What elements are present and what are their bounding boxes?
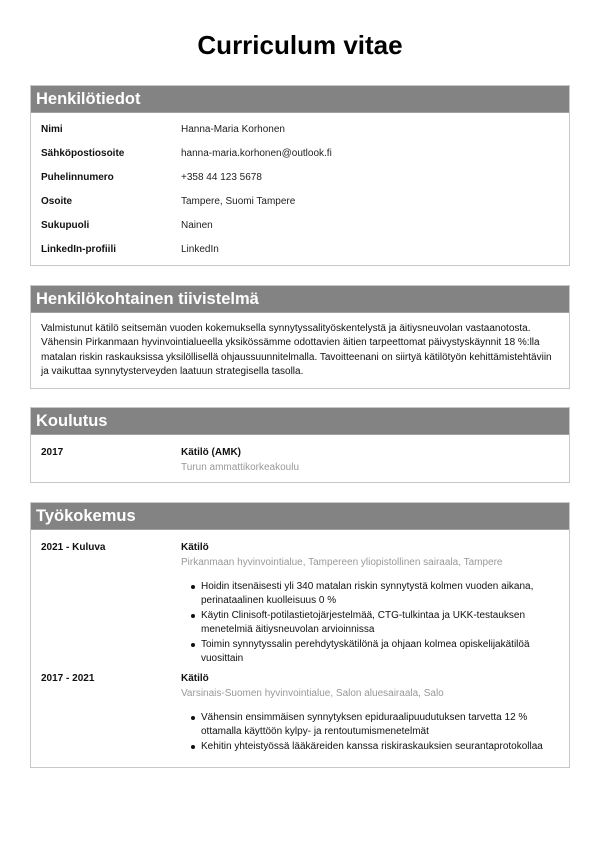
section-heading: Henkilötiedot — [31, 86, 569, 113]
experience-entry: 2017 - 2021 Kätilö Varsinais-Suomen hyvi… — [31, 667, 569, 755]
info-value: Hanna-Maria Korhonen — [181, 124, 285, 135]
entry-title: Kätilö — [181, 542, 561, 553]
entry-date: 2017 - 2021 — [31, 673, 181, 755]
info-label: LinkedIn-profiili — [31, 244, 181, 255]
entry-title: Kätilö (AMK) — [181, 447, 561, 458]
entry-subtitle: Pirkanmaan hyvinvointialue, Tampereen yl… — [181, 557, 561, 568]
info-label: Puhelinnumero — [31, 172, 181, 183]
entry-title: Kätilö — [181, 673, 561, 684]
achievement-item: Käytin Clinisoft-potilastietojärjestelmä… — [191, 609, 561, 637]
section-heading: Henkilökohtainen tiivistelmä — [31, 286, 569, 313]
info-label: Nimi — [31, 124, 181, 135]
document-title: Curriculum vitae — [0, 30, 600, 61]
info-label: Osoite — [31, 196, 181, 207]
education-section: Koulutus 2017 Kätilö (AMK) Turun ammatti… — [30, 407, 570, 483]
info-value: Tampere, Suomi Tampere — [181, 196, 295, 207]
achievement-item: Hoidin itsenäisesti yli 340 matalan risk… — [191, 580, 561, 608]
achievement-item: Kehitin yhteistyössä lääkäreiden kanssa … — [191, 740, 561, 754]
personal-info-section: Henkilötiedot Nimi Hanna-Maria Korhonen … — [30, 85, 570, 266]
achievement-list: Hoidin itsenäisesti yli 340 matalan risk… — [181, 580, 561, 666]
info-value: +358 44 123 5678 — [181, 172, 262, 183]
entry-subtitle: Turun ammattikorkeakoulu — [181, 462, 561, 473]
email-link[interactable]: hanna-maria.korhonen@outlook.fi — [181, 148, 332, 159]
summary-text: Valmistunut kätilö seitsemän vuoden koke… — [31, 313, 569, 390]
info-label: Sähköpostiosoite — [31, 148, 181, 159]
experience-entry: 2021 - Kuluva Kätilö Pirkanmaan hyvinvoi… — [31, 530, 569, 667]
achievement-item: Vähensin ensimmäisen synnytyksen epidura… — [191, 711, 561, 739]
linkedin-link[interactable]: LinkedIn — [181, 244, 219, 255]
achievement-item: Toimin synnytyssalin perehdytyskätilönä … — [191, 638, 561, 666]
info-row-name: Nimi Hanna-Maria Korhonen — [31, 117, 569, 141]
section-heading: Työkokemus — [31, 503, 569, 530]
entry-date: 2021 - Kuluva — [31, 542, 181, 667]
info-row-phone: Puhelinnumero +358 44 123 5678 — [31, 165, 569, 189]
entry-date: 2017 — [31, 447, 181, 473]
info-row-email: Sähköpostiosoite hanna-maria.korhonen@ou… — [31, 141, 569, 165]
achievement-list: Vähensin ensimmäisen synnytyksen epidura… — [181, 711, 561, 754]
experience-section: Työkokemus 2021 - Kuluva Kätilö Pirkanma… — [30, 502, 570, 768]
info-label: Sukupuoli — [31, 220, 181, 231]
summary-section: Henkilökohtainen tiivistelmä Valmistunut… — [30, 285, 570, 389]
info-row-linkedin: LinkedIn-profiili LinkedIn — [31, 237, 569, 261]
education-entry: 2017 Kätilö (AMK) Turun ammattikorkeakou… — [31, 435, 569, 473]
entry-subtitle: Varsinais-Suomen hyvinvointialue, Salon … — [181, 688, 561, 699]
info-value: Nainen — [181, 220, 213, 231]
info-row-gender: Sukupuoli Nainen — [31, 213, 569, 237]
section-heading: Koulutus — [31, 408, 569, 435]
info-row-address: Osoite Tampere, Suomi Tampere — [31, 189, 569, 213]
